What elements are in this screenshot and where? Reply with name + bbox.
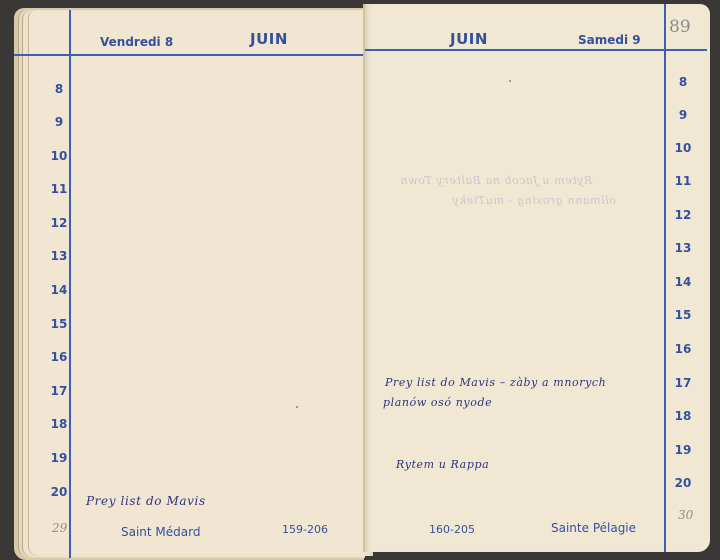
pencil-page-number: 89: [669, 17, 691, 37]
hour-label: 19: [670, 443, 696, 457]
hour-label: 17: [46, 384, 72, 398]
hour-label: 9: [670, 108, 696, 122]
hour-label: 8: [46, 82, 72, 96]
hour-label: 10: [46, 149, 72, 163]
handwritten-note: planów osó nyode: [383, 396, 492, 409]
left-page: [28, 10, 373, 556]
hour-label: 10: [670, 141, 696, 155]
hour-label: 12: [46, 216, 72, 230]
hour-label: 19: [46, 451, 72, 465]
day-count: 160-205: [429, 523, 475, 536]
hour-label: 14: [46, 283, 72, 297]
hour-label: 15: [670, 308, 696, 322]
saint-name: Saint Médard: [121, 525, 200, 539]
day-count: 159-206: [282, 523, 328, 536]
hour-label: 15: [46, 317, 72, 331]
hour-label: 16: [670, 342, 696, 356]
right-day-label: Samedi 9: [578, 33, 641, 47]
hour-label: 18: [46, 417, 72, 431]
saint-name: Sainte Pélagie: [551, 521, 636, 535]
paper-speck: [296, 406, 298, 408]
hour-label: 18: [670, 409, 696, 423]
paper-speck: [509, 80, 511, 82]
left-month-label: JUIN: [250, 30, 288, 48]
hour-label: 13: [46, 249, 72, 263]
right-month-label: JUIN: [450, 30, 488, 48]
handwritten-note: Rytem u Rappa: [396, 458, 489, 471]
pencil-number: 30: [678, 508, 693, 522]
handwritten-note: Prey list do Mavis: [86, 494, 206, 508]
pencil-number: 29: [52, 521, 67, 535]
right-margin-rule: [664, 4, 666, 552]
hour-label: 17: [670, 376, 696, 390]
hour-label: 20: [670, 476, 696, 490]
hour-label: 9: [46, 115, 72, 129]
hour-label: 11: [670, 174, 696, 188]
hour-label: 13: [670, 241, 696, 255]
handwritten-note: Prey list do Mavis – zàby a mnorych: [385, 376, 606, 389]
hour-label: 8: [670, 75, 696, 89]
bleed-through-text: ollmann grosing - muTieky: [452, 194, 616, 207]
left-header-rule: [14, 54, 364, 56]
hour-label: 14: [670, 275, 696, 289]
hour-label: 20: [46, 485, 72, 499]
left-day-label: Vendredi 8: [100, 35, 173, 49]
hour-label: 16: [46, 350, 72, 364]
hour-label: 12: [670, 208, 696, 222]
right-header-rule: [365, 49, 707, 51]
bleed-through-text: Rytem u Jacob na Baltery Town: [400, 174, 592, 187]
hour-label: 11: [46, 182, 72, 196]
